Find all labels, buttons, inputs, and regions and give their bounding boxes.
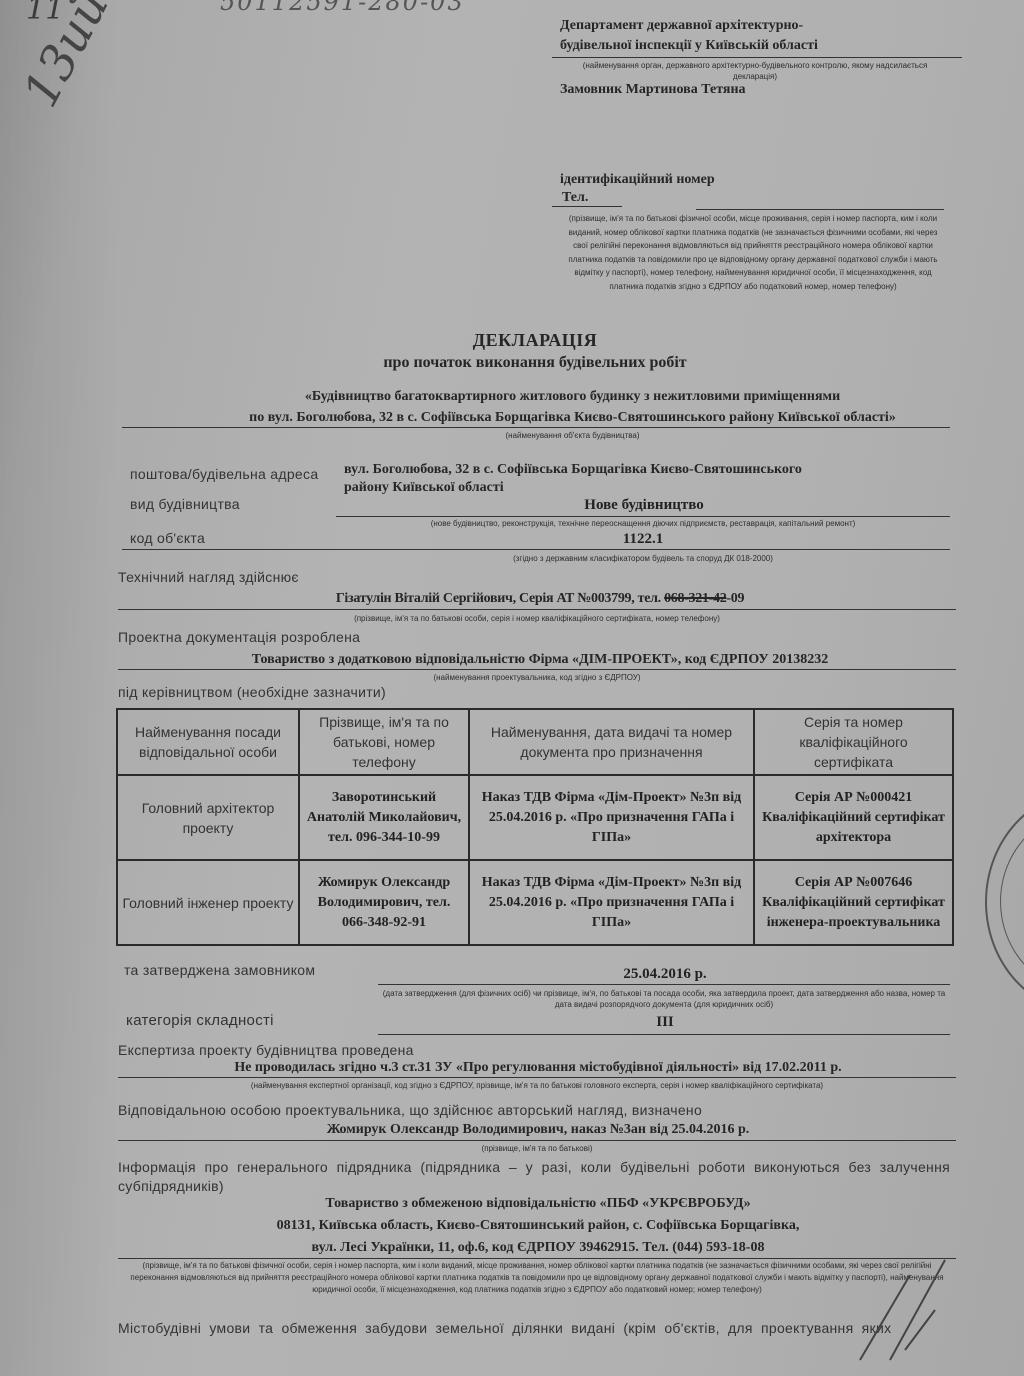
expertise-label: Експертиза проекту будівництва проведена — [118, 1042, 414, 1058]
customer-underline-right — [696, 209, 944, 210]
contractor-underline — [118, 1258, 956, 1259]
department-hint: (найменування орган, державного архітект… — [560, 60, 950, 82]
header-person: Прізвище, ім'я та по батькові, номер тел… — [299, 709, 469, 775]
approval-value: 25.04.2016 р. — [380, 966, 950, 983]
declaration-subtitle: про початок виконання будівельних робіт — [0, 354, 1024, 372]
object-name-underline — [122, 427, 950, 428]
address-value-line2: району Київської області — [344, 480, 504, 496]
row-position: Головний інженер проекту — [117, 860, 299, 945]
project-docs-value: Товариство з додатковою відповідальністю… — [120, 652, 960, 668]
supervisor-phone-tail: -09 — [726, 591, 744, 606]
author-supervision-value: Жомирук Олександр Володимирович, наказ №… — [118, 1122, 958, 1138]
object-name-hint: (найменування об'єкта будівництва) — [100, 430, 1024, 441]
approval-label: та затверджена замовником — [124, 962, 315, 978]
complexity-label: категорія складності — [126, 1012, 274, 1029]
table-row: Головний інженер проекту Жомирук Олексан… — [117, 860, 953, 945]
urban-conditions-text: Містобудівні умови та обмеження забудови… — [118, 1320, 950, 1336]
table-row: Головний архітектор проекту Заворотинськ… — [117, 775, 953, 860]
row-document: Наказ ТДВ Фірма «Дім-Проект» №3п від 25.… — [469, 775, 754, 860]
department-name-line1: Департамент державної архітектурно- — [560, 18, 803, 34]
approval-underline — [378, 984, 950, 985]
supervision-value: Гізатулін Віталій Сергійович, Серія АТ №… — [120, 591, 960, 607]
row-certificate: Серія АР №007646 Кваліфікаційний сертифі… — [754, 860, 953, 945]
object-code-underline — [122, 549, 950, 550]
row-certificate: Серія АР №000421 Кваліфікаційний сертифі… — [754, 775, 953, 860]
signature-mark — [850, 1250, 970, 1370]
header-document: Найменування, дата видачі та номер докум… — [469, 709, 754, 775]
customer-name: Замовник Мартинова Тетяна — [560, 82, 746, 98]
responsible-persons-table: Найменування посади відповідальної особи… — [116, 708, 954, 946]
object-name-line2: по вул. Боголюбова, 32 в с. Софіївська Б… — [100, 410, 1024, 426]
contractor-address: 08131, Київська область, Києво-Святошинс… — [118, 1218, 958, 1234]
construction-type-label: вид будівництва — [130, 496, 240, 512]
project-docs-hint: (найменування проектувальника, код згідн… — [118, 672, 956, 683]
expertise-value: Не проводилась згідно ч.3 ст.31 ЗУ «Про … — [118, 1060, 958, 1076]
project-docs-underline — [118, 669, 956, 670]
address-value-line1: вул. Боголюбова, 32 в с. Софіївська Борщ… — [344, 462, 802, 478]
department-name-line2: будівельної інспекції у Київській област… — [560, 38, 818, 54]
management-label: під керівництвом (необхідне зазначити) — [118, 684, 386, 700]
approval-hint: (дата затвердження (для фізичних осіб) ч… — [378, 988, 950, 1010]
department-underline — [552, 57, 962, 58]
row-person: Заворотинський Анатолій Миколайович, тел… — [299, 775, 469, 860]
author-supervision-hint: (прізвище, ім'я та по батькові) — [118, 1143, 956, 1154]
supervision-hint: (прізвище, ім'я та по батькові особи, се… — [118, 613, 956, 624]
construction-type-hint: (нове будівництво, реконструкція, техніч… — [336, 518, 950, 529]
construction-type-value: Нове будівництво — [344, 497, 944, 514]
expertise-underline — [118, 1077, 956, 1078]
customer-hint: (прізвище, ім'я та по батькові фізичної … — [562, 212, 944, 293]
header-certificate: Серія та номер кваліфікаційного сертифік… — [754, 709, 953, 775]
header-position: Найменування посади відповідальної особи — [117, 709, 299, 775]
contractor-contacts: вул. Лесі Українки, 11, оф.6, код ЄДРПОУ… — [118, 1240, 958, 1256]
table-header-row: Найменування посади відповідальної особи… — [117, 709, 953, 775]
row-position: Головний архітектор проекту — [117, 775, 299, 860]
object-code-value: 1122.1 — [336, 531, 950, 548]
complexity-underline — [378, 1034, 950, 1035]
declaration-title: ДЕКЛАРАЦІЯ — [0, 330, 1024, 351]
customer-underline-left — [552, 206, 622, 207]
supervision-label: Технічний нагляд здійснює — [118, 569, 299, 585]
phone-label: Тел. — [562, 190, 588, 206]
address-label: поштова/будівельна адреса — [130, 466, 318, 482]
project-docs-label: Проектна документація розроблена — [118, 629, 360, 645]
scan-shadow — [0, 0, 120, 1376]
supervisor-phone-struck: 068-321-42 — [664, 591, 726, 606]
row-document: Наказ ТДВ Фірма «Дім-Проект» №3п від 25.… — [469, 860, 754, 945]
object-code-label: код об'єкта — [130, 530, 205, 546]
row-person: Жомирук Олександр Володимирович, тел. 06… — [299, 860, 469, 945]
supervisor-details: Гізатулін Віталій Сергійович, Серія АТ №… — [336, 591, 661, 606]
author-supervision-underline — [118, 1140, 956, 1141]
contractor-name: Товариство з обмеженою відповідальністю … — [118, 1196, 958, 1212]
expertise-hint: (найменування експертної організації, ко… — [118, 1080, 956, 1091]
contractor-label: Інформація про генерального підрядника (… — [118, 1158, 950, 1196]
supervision-underline — [118, 609, 956, 610]
construction-type-underline — [336, 516, 950, 517]
author-supervision-label: Відповідальною особою проектувальника, щ… — [118, 1102, 702, 1118]
contractor-hint: (прізвище, ім'я та по батькові фізичної … — [122, 1260, 952, 1296]
object-name-line1: «Будівництво багатоквартирного житлового… — [100, 389, 1024, 405]
object-code-hint: (згідно з державним класифікатором будів… — [336, 553, 950, 564]
handwritten-registration-number: 50112591-280-03 — [220, 0, 465, 16]
id-number-label: ідентифікаційний номер — [560, 172, 715, 188]
complexity-value: III — [380, 1014, 950, 1031]
